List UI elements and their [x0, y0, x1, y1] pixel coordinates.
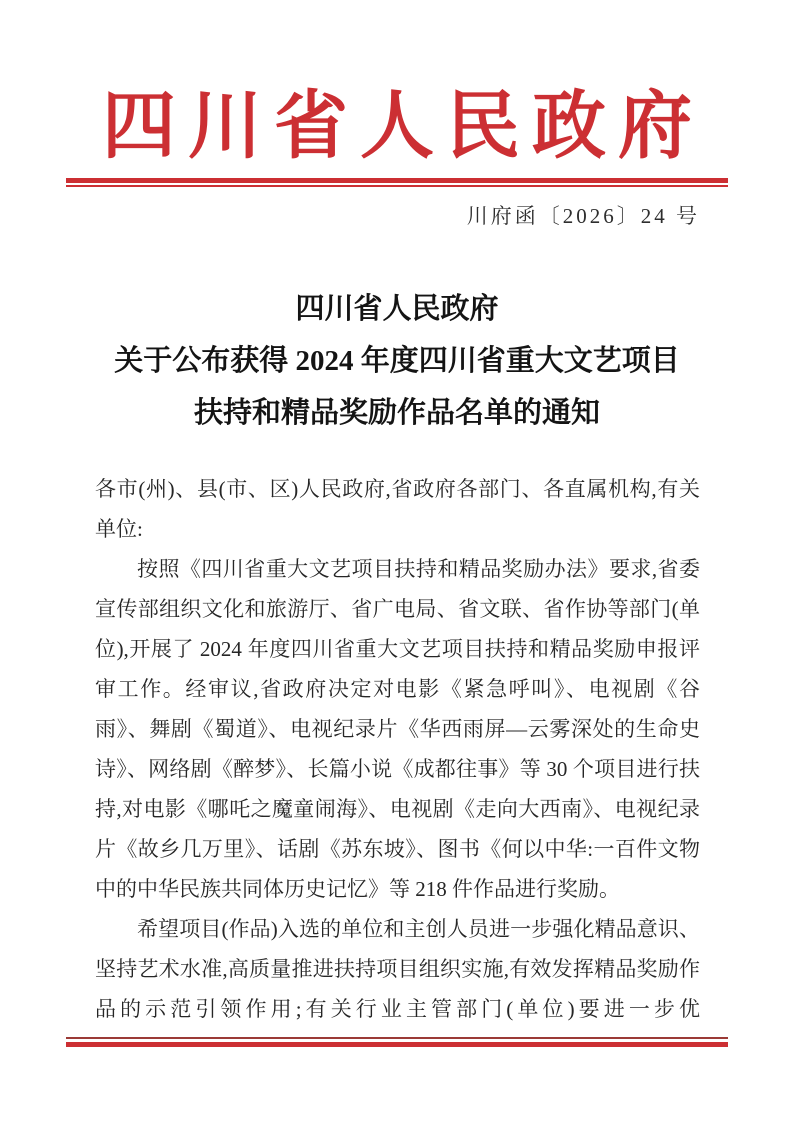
document-body: 各市(州)、县(市、区)人民政府,省政府各部门、各直属机构,有关单位: 按照《四…	[95, 469, 700, 1029]
footer-rule-thick-bar	[66, 1042, 728, 1047]
body-paragraph-2: 希望项目(作品)入选的单位和主创人员进一步强化精品意识、坚持艺术水准,高质量推进…	[95, 909, 700, 1029]
document-title: 四川省人民政府 关于公布获得 2024 年度四川省重大文艺项目 扶持和精品奖励作…	[0, 283, 794, 439]
masthead: 四川省人民政府 川府函〔2026〕24 号	[0, 82, 794, 229]
document-page: 四川省人民政府 川府函〔2026〕24 号 四川省人民政府 关于公布获得 202…	[0, 0, 794, 1123]
footer-double-rule	[66, 1037, 728, 1047]
agency-name-banner: 四川省人民政府	[0, 82, 794, 172]
title-line-3: 扶持和精品奖励作品名单的通知	[0, 387, 794, 439]
body-paragraph-1: 按照《四川省重大文艺项目扶持和精品奖励办法》要求,省委宣传部组织文化和旅游厅、省…	[95, 549, 700, 909]
footer-rule-thin-bar	[66, 1037, 728, 1039]
salutation: 各市(州)、县(市、区)人民政府,省政府各部门、各直属机构,有关单位:	[95, 469, 700, 549]
title-line-2: 关于公布获得 2024 年度四川省重大文艺项目	[0, 335, 794, 387]
document-number: 川府函〔2026〕24 号	[0, 203, 700, 229]
masthead-rule-thick-bar	[66, 178, 728, 183]
masthead-double-rule	[66, 178, 728, 187]
masthead-rule-thin-bar	[66, 185, 728, 187]
title-line-1: 四川省人民政府	[0, 283, 794, 335]
